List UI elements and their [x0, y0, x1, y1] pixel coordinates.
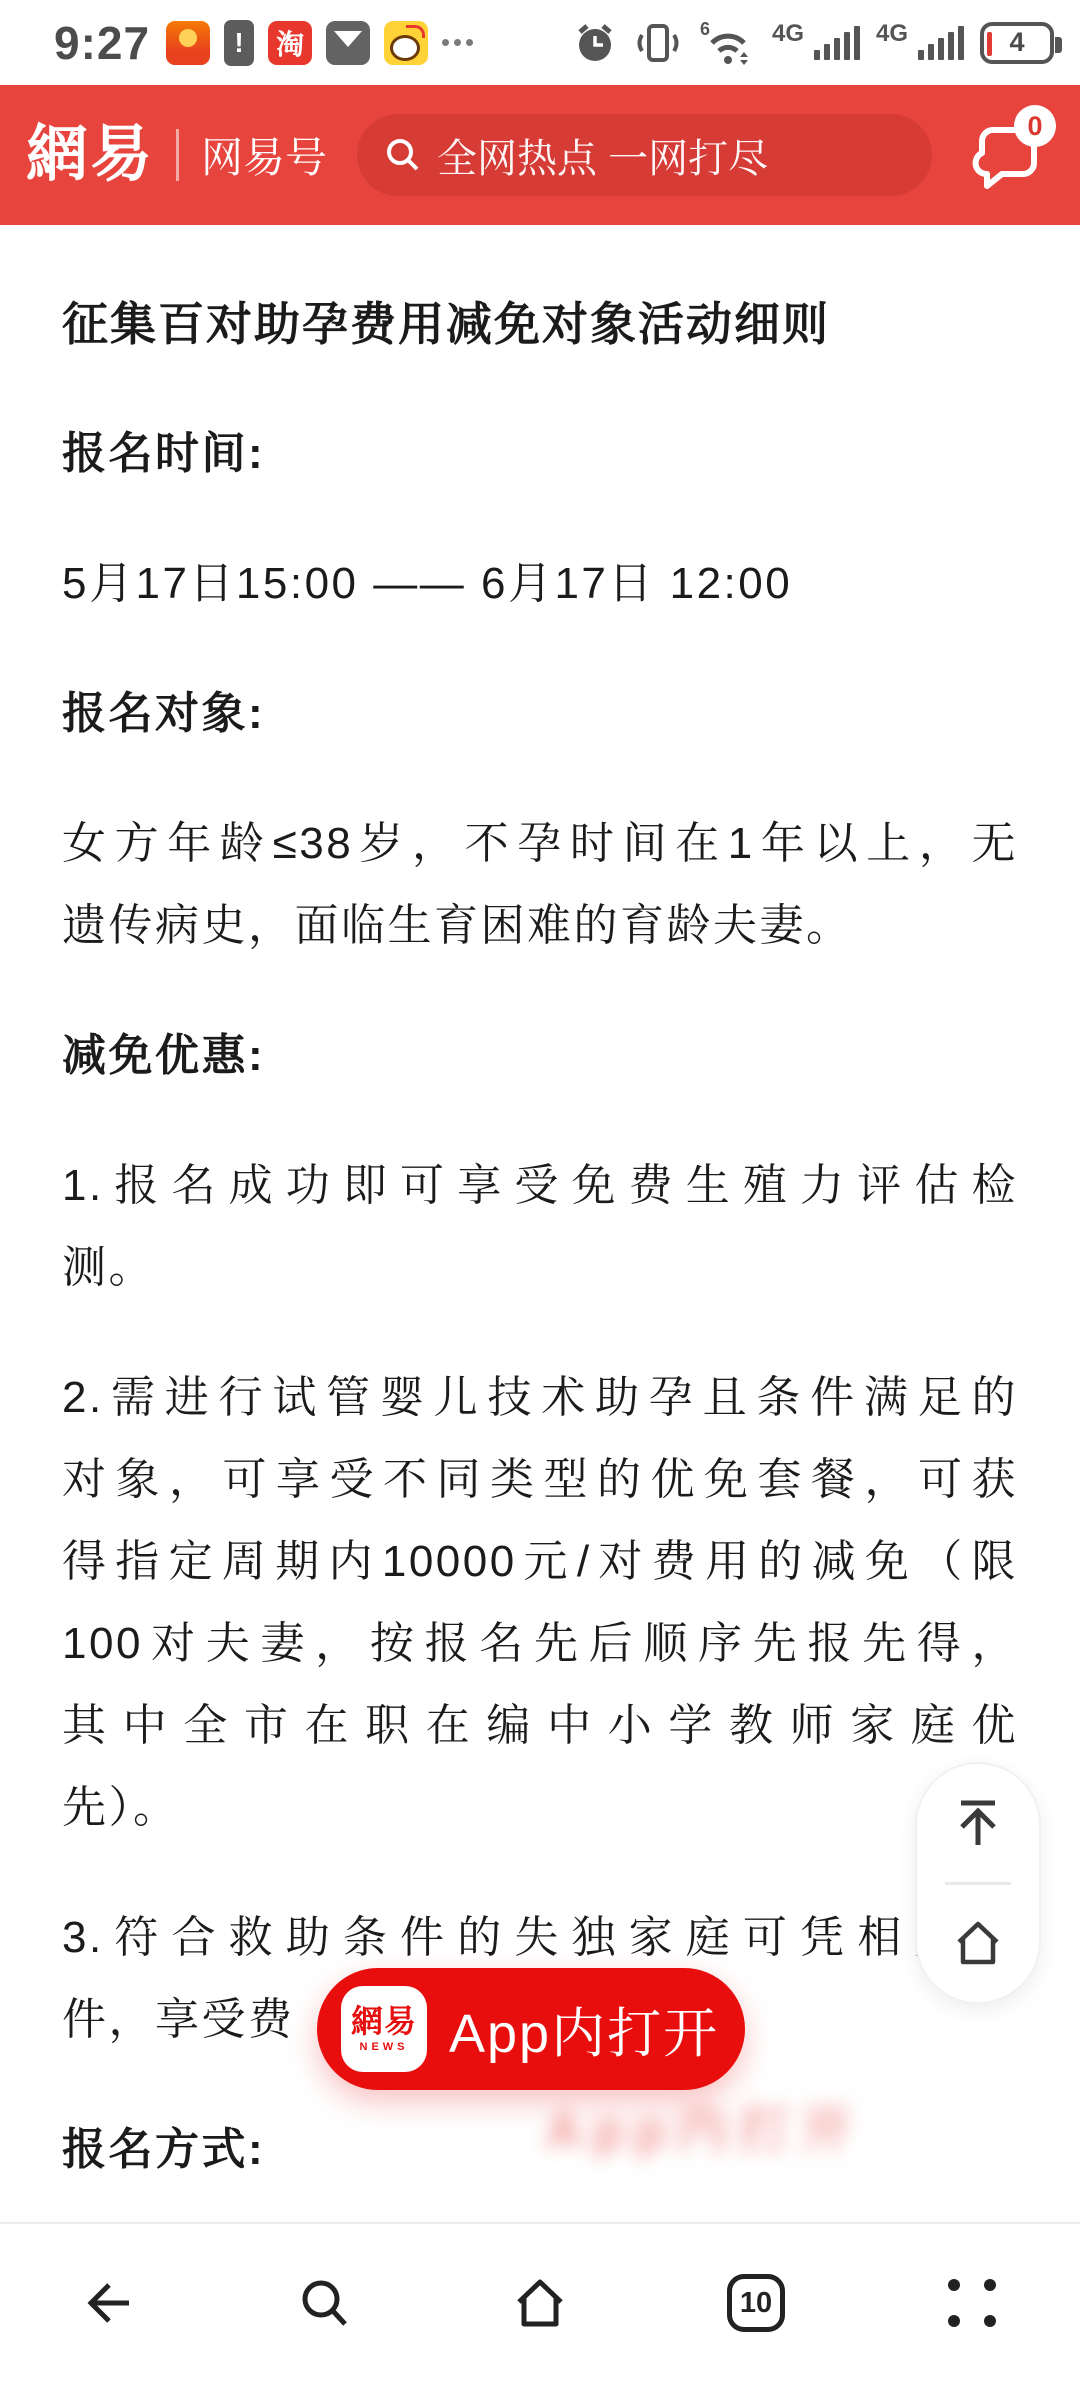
tabs-button[interactable]: 10 — [648, 2224, 864, 2382]
home-icon — [949, 1914, 1007, 1972]
netease-app-logo: 網易 NEWS — [341, 1986, 427, 2072]
article-line: 女方年龄≤38岁，不孕时间在1年以上，无 — [62, 803, 1018, 885]
article-line: 1.报名成功即可享受免费生殖力评估检 — [62, 1145, 1018, 1227]
article-line: 测。 — [62, 1227, 1018, 1309]
battery-icon: 4 — [980, 22, 1054, 64]
article-line: 对象，可享受不同类型的优免套餐，可获 — [62, 1439, 1018, 1521]
article-line: 得指定周期内10000元/对费用的减免（限 — [62, 1521, 1018, 1603]
article-line: 2.需进行试管婴儿技术助孕且条件满足的 — [62, 1357, 1018, 1439]
article-line: 先）。 — [62, 1767, 1018, 1849]
section-heading: 报名时间: — [62, 413, 1018, 495]
header-divider — [176, 129, 179, 181]
section-heading: 报名对象: — [62, 673, 1018, 755]
article-line: 减免优惠: — [62, 1015, 1018, 1097]
back-to-top-button[interactable] — [943, 1788, 1013, 1858]
browser-nav-bar: 10 — [0, 2222, 1080, 2382]
article-line: 征集百对助孕费用减免对象活动细则 — [62, 283, 1018, 365]
message-badge: 0 — [1014, 105, 1056, 147]
article-line: 3.符合救助条件的失独家庭可凭相关证 — [62, 1897, 1018, 1979]
grid-menu-icon — [948, 2279, 996, 2327]
article-line: 5月17日15:00 —— 6月17日 12:00 — [62, 543, 1018, 625]
app-header: 網易 网易号 全网热点 一网打尽 0 — [0, 85, 1080, 225]
open-in-app-button[interactable]: 網易 NEWS App内打开 — [317, 1968, 745, 2090]
channel-label[interactable]: 网易号 — [201, 125, 327, 185]
back-button[interactable] — [0, 2224, 216, 2382]
weibo-icon — [384, 21, 428, 65]
phone-screen: 9:27 ! 淘 6 — [0, 0, 1080, 2382]
menu-button[interactable] — [864, 2224, 1080, 2382]
quick-actions-panel — [915, 1762, 1041, 2004]
netease-logo[interactable]: 網易 — [26, 124, 154, 186]
section-heading: 减免优惠: — [62, 1015, 1018, 1097]
search-nav-button[interactable] — [216, 2224, 432, 2382]
article-line: 其中全市在职在编中小学教师家庭优 — [62, 1685, 1018, 1767]
article-line: 报名对象: — [62, 673, 1018, 755]
red-packet-icon — [166, 21, 210, 65]
article-paragraph: 2.需进行试管婴儿技术助孕且条件满足的对象，可享受不同类型的优免套餐，可获得指定… — [62, 1357, 1018, 1849]
article-paragraph: 5月17日15:00 —— 6月17日 12:00 — [62, 543, 1018, 625]
status-bar: 9:27 ! 淘 6 — [0, 0, 1080, 85]
search-input[interactable]: 全网热点 一网打尽 — [357, 114, 932, 196]
search-icon — [383, 135, 423, 175]
article-paragraph: 1.报名成功即可享受免费生殖力评估检测。 — [62, 1145, 1018, 1309]
article-line: 100对夫妻，按报名先后顺序先报先得， — [62, 1603, 1018, 1685]
vibrate-icon — [634, 20, 682, 66]
mail-icon — [326, 21, 370, 65]
home-icon — [509, 2272, 571, 2334]
open-in-app-label: App内打开 — [449, 1991, 719, 2068]
search-placeholder: 全网热点 一网打尽 — [437, 127, 768, 184]
battery-percent: 4 — [1009, 27, 1024, 58]
article-title: 征集百对助孕费用减免对象活动细则 — [62, 283, 1018, 365]
svg-text:6: 6 — [700, 19, 710, 39]
taobao-icon: 淘 — [268, 21, 312, 65]
more-dots-icon — [442, 21, 473, 65]
article-paragraph: 女方年龄≤38岁，不孕时间在1年以上，无遗传病史，面临生育困难的育龄夫妻。 — [62, 803, 1018, 967]
home-nav-button[interactable] — [432, 2224, 648, 2382]
back-to-top-icon — [949, 1794, 1007, 1852]
signal-4g-icon-1: 4G — [772, 26, 860, 60]
back-icon — [77, 2272, 139, 2334]
app-open-ghost: App内打开 — [545, 2088, 862, 2163]
alarm-icon — [572, 20, 618, 66]
system-status-icons: 6 4G 4G 4 — [572, 19, 1054, 67]
clock-time: 9:27 — [54, 16, 150, 70]
messages-button[interactable]: 0 — [958, 107, 1054, 203]
wifi6-icon: 6 — [698, 19, 756, 67]
section-heading: 报名方式: — [62, 2109, 1018, 2191]
article-line: 遗传病史，面临生育困难的育龄夫妻。 — [62, 885, 1018, 967]
home-quick-button[interactable] — [943, 1908, 1013, 1978]
panel-divider — [945, 1882, 1011, 1885]
battery-alert-icon: ! — [224, 20, 254, 66]
signal-4g-icon-2: 4G — [876, 26, 964, 60]
tab-count: 10 — [727, 2274, 785, 2332]
notification-icons: ! 淘 — [166, 20, 473, 66]
article-line: 报名时间: — [62, 413, 1018, 495]
search-icon — [293, 2272, 355, 2334]
article-line: 报名方式: — [62, 2109, 1018, 2191]
